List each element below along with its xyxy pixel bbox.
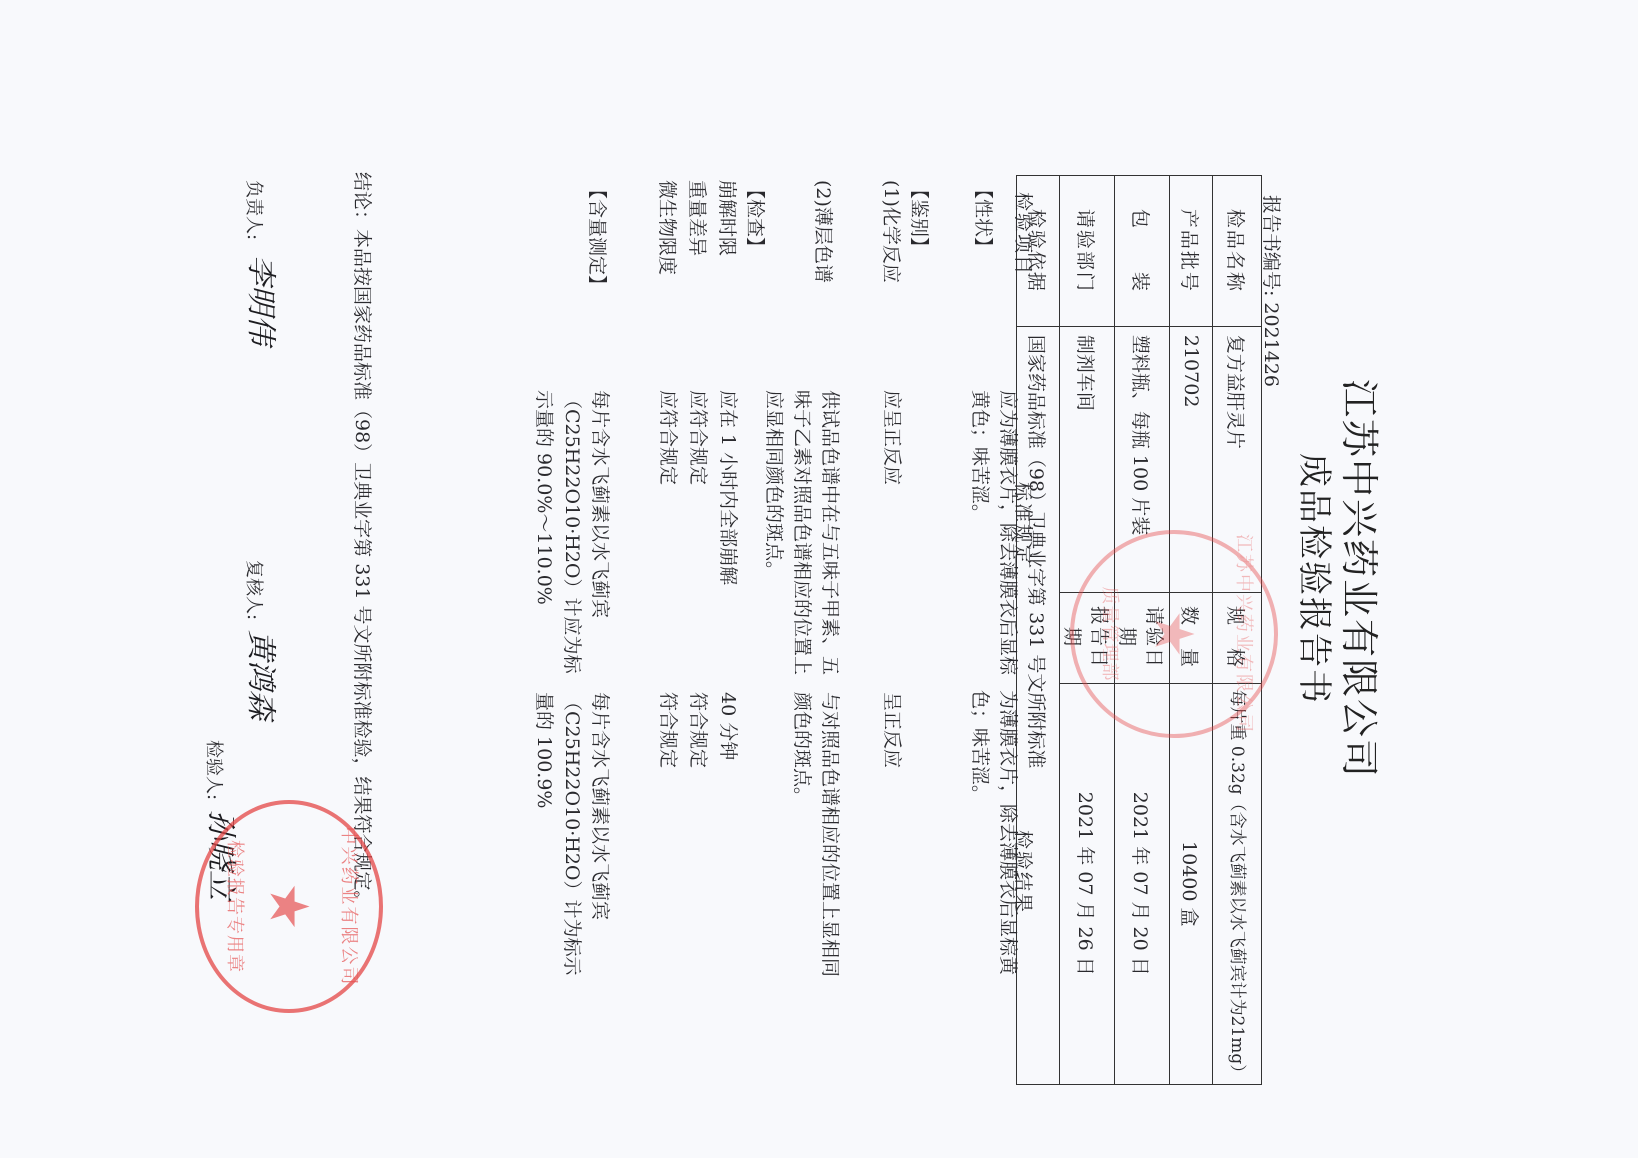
reviewer-label: 复核人:	[242, 560, 268, 620]
item-tlc: (2)薄层色谱	[811, 180, 838, 283]
standard-microbial-limit: 应符合规定	[654, 390, 682, 485]
section-assay: 【含量测定】	[585, 180, 612, 294]
company-name: 江苏中兴药业有限公司	[1335, 0, 1390, 1158]
product-name-label: 检品名称	[1213, 176, 1262, 327]
standard-weight-variation: 应符合规定	[684, 390, 712, 485]
report-number-label: 报告书编号:	[1260, 195, 1282, 296]
table-row: 检验依据 国家药品标准（98）卫典业字第 331 号文所附标准	[1017, 176, 1060, 1085]
result-character: 为薄膜衣片，除去薄膜衣后显棕黄色；味苦涩。	[966, 690, 1022, 980]
report-number: 报告书编号:2021426	[1259, 195, 1286, 393]
batch-label: 产品批号	[1170, 176, 1213, 327]
inspection-report-page: 江苏中兴药业有限公司 成品检验报告书 报告书编号:2021426 检品名称 复方…	[0, 0, 1638, 1158]
item-chemical-reaction: (1)化学反应	[879, 180, 906, 283]
result-assay: 每片含水飞蓟素以水飞蓟宾（C25H22O10·H2O）计为标示量的 100.9%	[530, 692, 614, 992]
inspection-report-stamp: 中兴药业有限公司 ★ 检验报告专用章	[195, 800, 383, 1013]
star-icon: ★	[1143, 610, 1206, 658]
standard-tlc: 供试品色谱中在与五味子甲素、五味子乙素对照品色谱相应的位置上应显相同颜色的斑点。	[760, 390, 844, 690]
request-date-value: 2021 年 07 月 20 日	[1115, 683, 1170, 1084]
item-microbial-limit: 微生物限度	[655, 180, 682, 275]
standard-disintegration: 应在 1 小时内全部崩解	[714, 390, 742, 585]
result-disintegration: 40 分钟	[714, 692, 742, 760]
spec-value: 每片重 0.32g（含水飞蓟素以水飞蓟宾计为21mg）	[1213, 683, 1262, 1084]
stamp-text: 中兴药业有限公司	[337, 804, 363, 1009]
dept-label: 请验部门	[1060, 176, 1115, 327]
star-icon: ★	[258, 882, 321, 930]
result-weight-variation: 符合规定	[684, 692, 712, 768]
section-identification: 【鉴别】	[907, 180, 934, 256]
standard-character: 应为薄膜衣片，除去薄膜衣后显棕黄色；味苦涩。	[966, 390, 1022, 680]
section-character: 【性状】	[971, 180, 998, 256]
item-weight-variation: 重量差异	[685, 180, 712, 256]
result-chemical-reaction: 呈正反应	[878, 692, 906, 768]
document-title: 成品检验报告书	[1293, 0, 1342, 1158]
result-microbial-limit: 符合规定	[654, 692, 682, 768]
result-tlc: 与对照品色谱相应的位置上显相同颜色的斑点。	[788, 692, 844, 982]
report-date-value: 2021 年 07 月 26 日	[1060, 683, 1115, 1084]
item-disintegration: 崩解时限	[715, 180, 742, 256]
basis-value: 国家药品标准（98）卫典业字第 331 号文所附标准	[1017, 326, 1060, 1084]
quantity-value: 10400 盒	[1170, 683, 1213, 1084]
stamp-text: 江苏中兴药业有限公司	[1232, 534, 1258, 734]
standard-chemical-reaction: 应呈正反应	[878, 390, 906, 485]
standard-assay: 每片含水飞蓟素以水飞蓟宾（C25H22O10·H2O）计应为标示量的 90.0%…	[530, 390, 614, 690]
package-label: 包 装	[1115, 176, 1170, 327]
col-header-item: 检验项目	[1011, 192, 1038, 276]
responsible-signature: 李明伟	[242, 255, 286, 345]
stamp-subtext: 检验报告专用章	[223, 804, 249, 1009]
report-number-value: 2021426	[1260, 302, 1282, 387]
responsible-label: 负责人:	[242, 180, 268, 240]
section-inspection: 【检查】	[743, 180, 770, 256]
quality-dept-stamp: 江苏中兴药业有限公司 ★ 质量管理部	[1070, 530, 1278, 738]
reviewer-signature: 黄鸿森	[242, 630, 286, 720]
stamp-subtext: 质量管理部	[1098, 534, 1124, 734]
inspector-label: 检验人:	[202, 740, 228, 800]
